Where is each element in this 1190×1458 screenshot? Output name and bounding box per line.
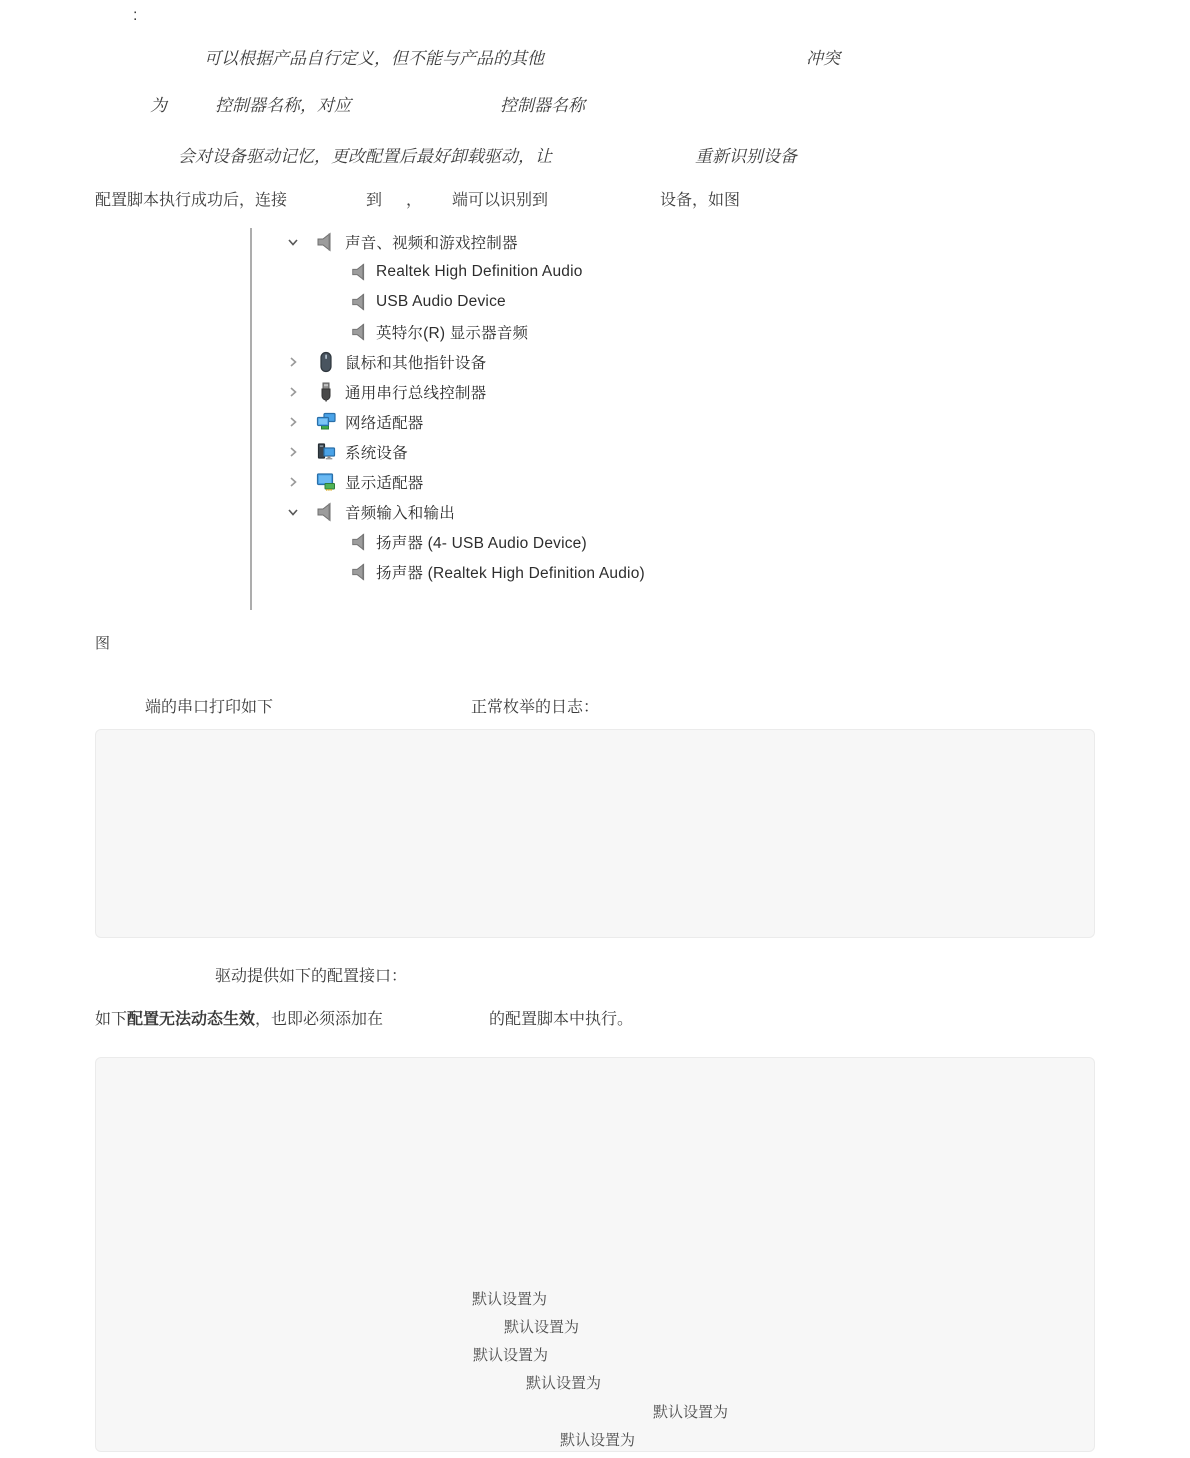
chevron-right-icon	[285, 444, 301, 460]
tree-row-label: 扬声器 (4- USB Audio Device)	[376, 531, 587, 553]
speaker-icon	[350, 262, 370, 282]
mouse-icon	[315, 351, 337, 373]
code-line: 默认设置为	[560, 1429, 635, 1450]
paragraph-text: ，	[406, 190, 422, 212]
tree-row-label: USB Audio Device	[376, 293, 506, 311]
tree-row-label: 扬声器 (Realtek High Definition Audio)	[376, 561, 645, 583]
figure-caption: 图	[95, 632, 110, 653]
paragraph-text: 端的串口打印如下	[145, 697, 273, 719]
paragraph-text: 端可以识别到	[452, 190, 548, 212]
tree-row-label: 鼠标和其他指针设备	[345, 351, 486, 373]
paragraph-text: 会对设备驱动记忆，更改配置后最好卸载驱动，让	[178, 146, 552, 168]
code-line: 默认设置为	[526, 1372, 601, 1393]
tree-row-speakers-usb: 扬声器 (4- USB Audio Device)	[350, 527, 587, 557]
chevron-down-icon	[285, 234, 301, 250]
paragraph-text: 控制器名称，对应	[215, 95, 351, 117]
paragraph-text: 重新识别设备	[695, 146, 797, 168]
code-line: 默认设置为	[472, 1288, 547, 1309]
tree-row-label: 声音、视频和游戏控制器	[345, 231, 518, 253]
chevron-down-icon	[285, 504, 301, 520]
tree-row-intel-display-audio: 英特尔(R) 显示器音频	[350, 317, 528, 347]
paragraph-text: 设备，如图	[660, 190, 740, 212]
system-devices-icon	[315, 441, 337, 463]
chevron-right-icon	[285, 414, 301, 430]
network-adapter-icon	[315, 411, 337, 433]
paragraph-text: 可以根据产品自行定义，但不能与产品的其他	[204, 48, 544, 70]
speaker-icon	[350, 292, 370, 312]
tree-row-label: 音频输入和输出	[345, 501, 455, 523]
tree-row-label: 网络适配器	[345, 411, 424, 433]
colon-line: :	[133, 5, 137, 27]
paragraph-text: 为	[150, 95, 167, 117]
document-page: : 可以根据产品自行定义，但不能与产品的其他 冲突 为 控制器名称，对应 控制器…	[0, 0, 1190, 1458]
tree-row-label: 通用串行总线控制器	[345, 381, 486, 403]
code-block-log	[95, 729, 1095, 938]
paragraph-text: 冲突	[806, 48, 840, 70]
tree-row-label: 系统设备	[345, 441, 408, 463]
usb-icon	[315, 381, 337, 403]
tree-row-usb-controllers: 通用串行总线控制器	[285, 377, 486, 407]
screenshot-left-border	[250, 228, 252, 610]
tree-row-label: 显示适配器	[345, 471, 424, 493]
tree-row-label: 英特尔(R) 显示器音频	[376, 321, 528, 343]
tree-row-speakers-realtek: 扬声器 (Realtek High Definition Audio)	[350, 557, 645, 587]
tree-row-system-devices: 系统设备	[285, 437, 408, 467]
speaker-icon	[315, 501, 337, 523]
speaker-icon	[350, 532, 370, 552]
tree-row-realtek-audio: Realtek High Definition Audio	[350, 257, 583, 287]
paragraph-text: 控制器名称	[500, 95, 585, 117]
paragraph-text: 的配置脚本中执行。	[489, 1009, 633, 1031]
speaker-icon	[350, 322, 370, 342]
chevron-right-icon	[285, 384, 301, 400]
bold-text: 配置无法动态生效	[127, 1011, 255, 1028]
tree-row-label: Realtek High Definition Audio	[376, 263, 583, 281]
tree-row-audio-inputs-outputs: 音频输入和输出	[285, 497, 455, 527]
code-line: 默认设置为	[504, 1316, 579, 1337]
code-line: 默认设置为	[653, 1401, 728, 1422]
tree-row-sound-video-game-controllers: 声音、视频和游戏控制器	[285, 227, 518, 257]
tree-row-network-adapters: 网络适配器	[285, 407, 424, 437]
code-line: 默认设置为	[473, 1344, 548, 1365]
tree-row-display-adapters: 显示适配器	[285, 467, 424, 497]
speaker-icon	[315, 231, 337, 253]
speaker-icon	[350, 562, 370, 582]
paragraph-text: 驱动提供如下的配置接口：	[215, 966, 407, 988]
tree-row-mice-pointing-devices: 鼠标和其他指针设备	[285, 347, 486, 377]
chevron-right-icon	[285, 354, 301, 370]
tree-row-usb-audio-device: USB Audio Device	[350, 287, 506, 317]
paragraph-text: 正常枚举的日志：	[471, 697, 599, 719]
chevron-right-icon	[285, 474, 301, 490]
paragraph-text: 配置脚本执行成功后，连接	[95, 190, 287, 212]
paragraph-text: 如下配置无法动态生效，也即必须添加在	[95, 1009, 383, 1031]
display-adapter-icon	[315, 471, 337, 493]
paragraph-text: 到	[366, 190, 382, 212]
code-block-config: 默认设置为 默认设置为 默认设置为 默认设置为 默认设置为 默认设置为	[95, 1057, 1095, 1452]
